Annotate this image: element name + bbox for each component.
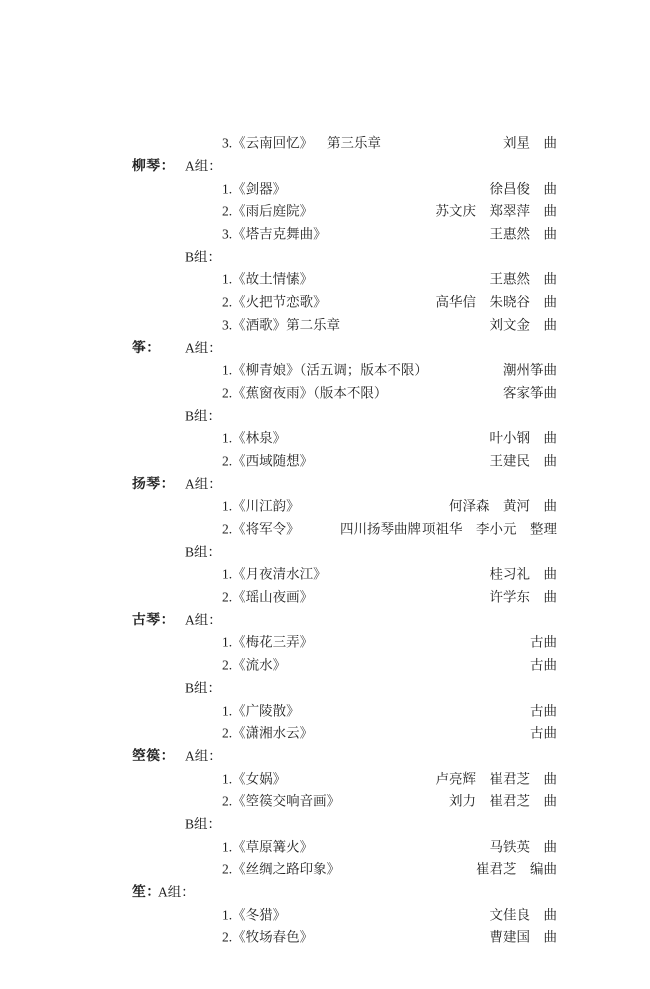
- list-row: 筝：A组：: [0, 336, 650, 359]
- composer-credit: 刘星 曲: [503, 137, 557, 151]
- piece-title: 3.《塔吉克舞曲》: [222, 227, 327, 241]
- instrument-label: 笙：: [132, 885, 161, 899]
- list-row: 1.《剑器》徐昌俊 曲: [0, 177, 650, 200]
- composer-credit: 高华信 朱晓谷 曲: [436, 295, 558, 309]
- list-row: 2.《雨后庭院》苏文庆 郑翠萍 曲: [0, 200, 650, 223]
- list-row: 2.《丝绸之路印象》崔君芝 编曲: [0, 858, 650, 881]
- composer-credit: 刘力 崔君芝 曲: [449, 795, 557, 809]
- piece-title: 3.《云南回忆》: [222, 137, 313, 151]
- list-row: 3.《塔吉克舞曲》王惠然 曲: [0, 223, 650, 246]
- piece-title: 2.《流水》: [222, 658, 286, 672]
- piece-title: 2.《丝绸之路印象》: [222, 863, 340, 877]
- group-label: B组：: [185, 250, 221, 264]
- list-row: B组：: [0, 540, 650, 563]
- group-label: B组：: [185, 545, 221, 559]
- list-row: 1.《草原篝火》马铁英 曲: [0, 835, 650, 858]
- list-row: 1.《广陵散》古曲: [0, 699, 650, 722]
- list-row: 2.《蕉窗夜雨》（版本不限）客家筝曲: [0, 382, 650, 405]
- list-row: B组：: [0, 813, 650, 836]
- group-label: A组：: [185, 341, 222, 355]
- composer-credit: 古曲: [530, 636, 557, 650]
- composer-credit: 马铁英 曲: [490, 840, 558, 854]
- piece-title: 1.《剑器》: [222, 182, 286, 196]
- list-row: 2.《西域随想》王建民 曲: [0, 450, 650, 473]
- list-row: B组：: [0, 677, 650, 700]
- list-row: 古琴：A组：: [0, 608, 650, 631]
- list-row: 1.《林泉》叶小钢 曲: [0, 427, 650, 450]
- piece-title: 1.《川江韵》: [222, 500, 300, 514]
- piece-title: 2.《将军令》: [222, 522, 300, 536]
- list-row: B组：: [0, 245, 650, 268]
- piece-title: 1.《林泉》: [222, 432, 286, 446]
- instrument-label: 箜篌：: [132, 749, 175, 763]
- group-label: B组：: [185, 681, 221, 695]
- composer-credit: 刘文金 曲: [490, 318, 558, 332]
- composer-credit: 王惠然 曲: [490, 227, 558, 241]
- composer-credit: 古曲: [530, 704, 557, 718]
- piece-title: 1.《广陵散》: [222, 704, 300, 718]
- list-row: 2.《流水》古曲: [0, 654, 650, 677]
- piece-subtitle: 第三乐章: [327, 137, 381, 151]
- list-row: 2.《牧场春色》曹建国 曲: [0, 926, 650, 949]
- list-row: 1.《川江韵》何泽森 黄河 曲: [0, 495, 650, 518]
- list-row: 3.《酒歌》第二乐章刘文金 曲: [0, 314, 650, 337]
- list-row: 扬琴：A组：: [0, 472, 650, 495]
- piece-subtitle: 四川扬琴曲牌: [340, 522, 421, 536]
- group-label: A组：: [185, 159, 222, 173]
- composer-credit: 苏文庆 郑翠萍 曲: [436, 205, 558, 219]
- list-row: 2.《将军令》四川扬琴曲牌项祖华 李小元 整理: [0, 518, 650, 541]
- composer-credit: 古曲: [530, 726, 557, 740]
- instrument-label: 扬琴：: [132, 477, 175, 491]
- piece-title: 1.《月夜清水江》: [222, 568, 327, 582]
- composer-credit: 王惠然 曲: [490, 273, 558, 287]
- piece-title: 1.《梅花三弄》: [222, 636, 313, 650]
- repertoire-list: 3.《云南回忆》第三乐章刘星 曲柳琴：A组：1.《剑器》徐昌俊 曲2.《雨后庭院…: [0, 132, 650, 949]
- list-row: 1.《故土情愫》王惠然 曲: [0, 268, 650, 291]
- group-label: A组：: [185, 477, 222, 491]
- instrument-label: 筝：: [132, 341, 161, 355]
- list-row: 1.《梅花三弄》古曲: [0, 631, 650, 654]
- piece-title: 2.《火把节恋歌》: [222, 295, 327, 309]
- composer-credit: 许学东 曲: [490, 590, 558, 604]
- composer-credit: 王建民 曲: [490, 454, 558, 468]
- list-row: 1.《柳青娘》（活五调；版本不限）潮州筝曲: [0, 359, 650, 382]
- piece-title: 2.《箜篌交响音画》: [222, 795, 340, 809]
- piece-title: 2.《蕉窗夜雨》（版本不限）: [222, 386, 387, 400]
- list-row: 笙：A组：: [0, 881, 650, 904]
- composer-credit: 卢亮辉 崔君芝 曲: [436, 772, 558, 786]
- composer-credit: 古曲: [530, 658, 557, 672]
- composer-credit: 潮州筝曲: [503, 363, 557, 377]
- piece-title: 1.《故土情愫》: [222, 273, 313, 287]
- group-label: A组：: [185, 613, 222, 627]
- group-label: A组：: [158, 885, 195, 899]
- piece-title: 2.《瑶山夜画》: [222, 590, 313, 604]
- composer-credit: 崔君芝 编曲: [476, 863, 557, 877]
- list-row: 2.《瑶山夜画》许学东 曲: [0, 586, 650, 609]
- piece-title: 3.《酒歌》第二乐章: [222, 318, 340, 332]
- composer-credit: 徐昌俊 曲: [490, 182, 558, 196]
- list-row: 1.《女娲》卢亮辉 崔君芝 曲: [0, 767, 650, 790]
- composer-credit: 客家筝曲: [503, 386, 557, 400]
- piece-title: 1.《女娲》: [222, 772, 286, 786]
- list-row: B组：: [0, 404, 650, 427]
- list-row: 2.《箜篌交响音画》刘力 崔君芝 曲: [0, 790, 650, 813]
- list-row: 2.《潇湘水云》古曲: [0, 722, 650, 745]
- list-row: 柳琴：A组：: [0, 155, 650, 178]
- list-row: 3.《云南回忆》第三乐章刘星 曲: [0, 132, 650, 155]
- piece-title: 1.《冬猎》: [222, 908, 286, 922]
- list-row: 1.《月夜清水江》桂习礼 曲: [0, 563, 650, 586]
- piece-title: 2.《雨后庭院》: [222, 205, 313, 219]
- group-label: B组：: [185, 817, 221, 831]
- instrument-label: 古琴：: [132, 613, 175, 627]
- piece-title: 1.《柳青娘》（活五调；版本不限）: [222, 363, 428, 377]
- list-row: 2.《火把节恋歌》高华信 朱晓谷 曲: [0, 291, 650, 314]
- composer-credit: 曹建国 曲: [490, 931, 558, 945]
- group-label: A组：: [185, 749, 222, 763]
- list-row: 1.《冬猎》文佳良 曲: [0, 903, 650, 926]
- composer-credit: 桂习礼 曲: [490, 568, 558, 582]
- piece-title: 2.《潇湘水云》: [222, 726, 313, 740]
- list-row: 箜篌：A组：: [0, 745, 650, 768]
- document-page: 3.《云南回忆》第三乐章刘星 曲柳琴：A组：1.《剑器》徐昌俊 曲2.《雨后庭院…: [0, 0, 650, 989]
- composer-credit: 文佳良 曲: [490, 908, 558, 922]
- instrument-label: 柳琴：: [132, 159, 175, 173]
- piece-title: 2.《牧场春色》: [222, 931, 313, 945]
- piece-title: 1.《草原篝火》: [222, 840, 313, 854]
- composer-credit: 项祖华 李小元 整理: [422, 522, 557, 536]
- composer-credit: 何泽森 黄河 曲: [449, 500, 557, 514]
- group-label: B组：: [185, 409, 221, 423]
- composer-credit: 叶小钢 曲: [490, 432, 558, 446]
- piece-title: 2.《西域随想》: [222, 454, 313, 468]
